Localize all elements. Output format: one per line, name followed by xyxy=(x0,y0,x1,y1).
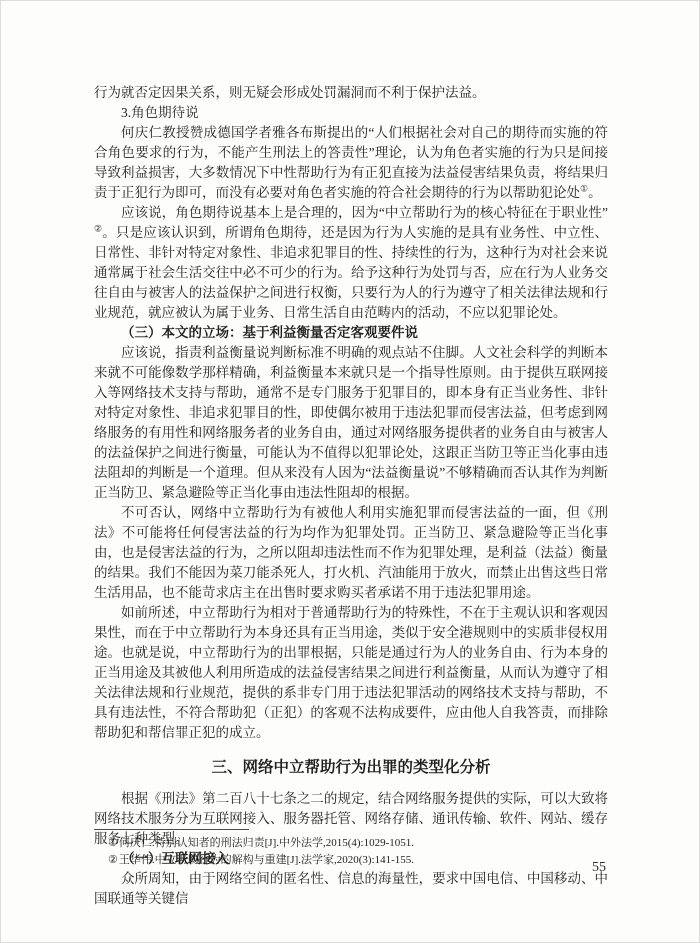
paragraph-position-3: 如前所述，中立帮助行为相对于普通帮助行为的特殊性，不在于主观认识和客观因果性，而… xyxy=(94,603,608,743)
paragraph-text: 。只是应该认识到，所谓角色期待，还是因为行为人实施的是具有业务性、中立性、日常性… xyxy=(94,225,608,320)
footnote-item: ①何庆仁.特别认知者的刑法归责[J].中外法学,2015(4):1029-105… xyxy=(94,835,608,851)
paragraph-role-theory: 何庆仁教授赞成德国学者雅各布斯提出的“人们根据社会对自己的期待而实施的符合角色要… xyxy=(94,123,608,203)
paragraph-text: 。 xyxy=(588,185,602,200)
paragraph-text: 应该说，角色期待说基本上是合理的，因为“中立帮助行为的核心特征在于职业性” xyxy=(121,205,608,220)
footnotes-section: ①何庆仁.特别认知者的刑法归责[J].中外法学,2015(4):1029-105… xyxy=(94,829,608,869)
footnote-divider xyxy=(94,829,249,830)
document-page: 行为就否定因果关系，则无疑会形成处罚漏洞而不利于保护法益。 3.角色期待说 何庆… xyxy=(0,0,700,943)
paragraph-position-2: 不可否认，网络中立帮助行为有被他人利用实施犯罪而侵害法益的一面，但《刑法》不可能… xyxy=(94,503,608,603)
footnote-marker: ② xyxy=(108,854,118,866)
article-body: 行为就否定因果关系，则无疑会形成处罚漏洞而不利于保护法益。 3.角色期待说 何庆… xyxy=(94,83,608,909)
paragraph-carryover: 行为就否定因果关系，则无疑会形成处罚漏洞而不利于保护法益。 xyxy=(94,83,608,103)
footnote-ref-2: ② xyxy=(94,224,102,234)
heading-section-3: 三、网络中立帮助行为出罪的类型化分析 xyxy=(94,757,608,779)
paragraph-position-1: 应该说，指责利益衡量说判断标准不明确的观点站不住脚。人文社会科学的判断本来就不可… xyxy=(94,343,608,503)
footnote-text: 王华伟.中立帮助行为的解构与重建[J].法学家,2020(3):141-155. xyxy=(119,854,414,866)
paragraph-role-evaluation: 应该说，角色期待说基本上是合理的，因为“中立帮助行为的核心特征在于职业性”②。只… xyxy=(94,203,608,323)
footnote-text: 何庆仁.特别认知者的刑法归责[J].中外法学,2015(4):1029-1051… xyxy=(119,837,414,849)
heading-role-expectation-theory: 3.角色期待说 xyxy=(94,103,608,123)
footnote-item: ②王华伟.中立帮助行为的解构与重建[J].法学家,2020(3):141-155… xyxy=(94,852,608,868)
page-number: 55 xyxy=(592,860,606,876)
footnote-marker: ① xyxy=(108,837,118,849)
footnote-ref-1: ① xyxy=(580,184,588,194)
paragraph-text: 何庆仁教授赞成德国学者雅各布斯提出的“人们根据社会对自己的期待而实施的符合角色要… xyxy=(94,125,608,200)
heading-author-position: （三）本文的立场：基于利益衡量否定客观要件说 xyxy=(94,323,608,343)
paragraph-internet-access: 众所周知，由于网络空间的匿名性、信息的海量性，要求中国电信、中国移动、中国联通等… xyxy=(94,869,608,909)
